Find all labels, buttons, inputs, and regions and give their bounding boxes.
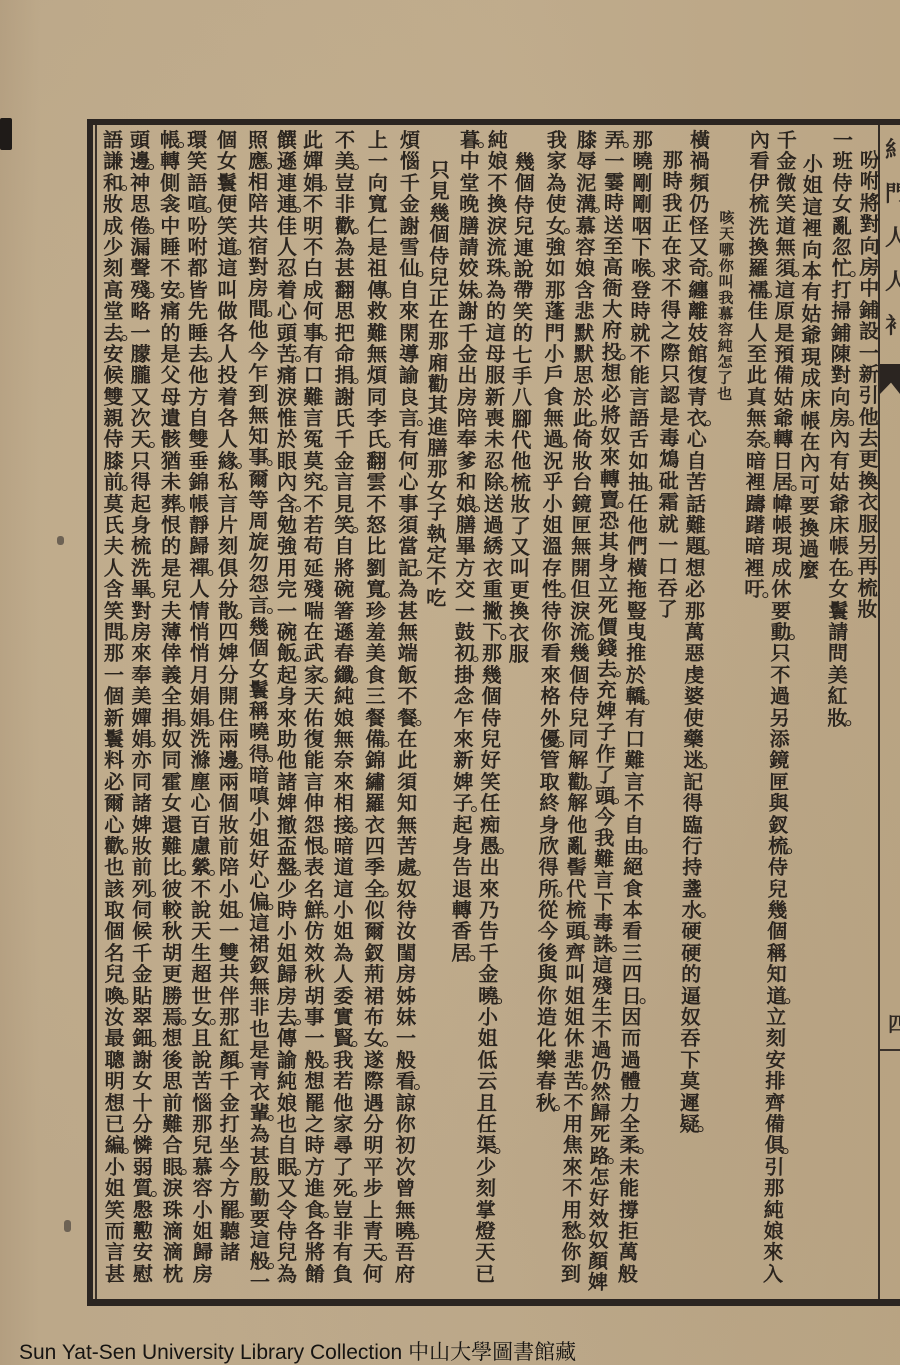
glyph: 滴 xyxy=(159,1242,187,1263)
glyph: 念 xyxy=(450,686,478,708)
glyph: 慰 xyxy=(129,1264,157,1285)
glyph: 兒 xyxy=(510,216,538,238)
glyph: 梳 xyxy=(745,194,773,216)
glyph: 此 xyxy=(393,750,421,772)
glyph: 奴 xyxy=(677,1007,705,1029)
glyph: 能 xyxy=(626,365,654,387)
glyph: 衣 xyxy=(854,492,882,514)
glyph: 雲 xyxy=(362,472,390,494)
glyph: 復 xyxy=(300,729,328,750)
glyph: 痛 xyxy=(156,301,184,322)
glyph: 現 xyxy=(797,346,825,368)
glyph: 家 xyxy=(329,1114,357,1135)
glyph: 衣 xyxy=(479,558,507,580)
glyph: 秋 xyxy=(158,921,186,942)
glyph: 佳 xyxy=(744,301,772,323)
glyph: 百 xyxy=(187,814,215,836)
glyph: 帳 xyxy=(156,130,184,151)
glyph: 成 xyxy=(299,280,327,301)
glyph: 少 xyxy=(99,237,127,258)
frame-border-top xyxy=(87,119,900,125)
glyph: 純 xyxy=(760,1199,788,1221)
page-number-glyph: 四 xyxy=(888,1004,900,1044)
glyph: 居 xyxy=(447,943,475,965)
glyph: 對 xyxy=(827,365,855,387)
glyph: 問 xyxy=(824,643,852,665)
glyph: 房 xyxy=(453,387,481,409)
glyph: 口 xyxy=(654,556,682,578)
glyph: 懃 xyxy=(129,1221,157,1242)
glyph: 三 xyxy=(361,686,389,708)
glyph: 爺 xyxy=(825,493,853,515)
glyph: 吞 xyxy=(676,1028,704,1050)
glyph: 一 xyxy=(246,1272,274,1293)
glyph: 低 xyxy=(473,1050,501,1072)
glyph: 似 xyxy=(361,900,389,922)
glyph: 那 xyxy=(681,600,709,622)
glyph: 候 xyxy=(128,921,156,942)
glyph: 難 xyxy=(158,836,186,857)
glyph: 慇 xyxy=(129,1199,157,1220)
glyph: 暗 xyxy=(330,836,358,857)
glyph: 傳 xyxy=(273,1028,301,1049)
glyph: 內 xyxy=(273,472,301,493)
glyph: 惡 xyxy=(680,643,708,665)
glyph: 想 xyxy=(681,558,709,580)
glyph: 來 xyxy=(596,447,624,469)
glyph: 格 xyxy=(536,686,564,708)
glyph: 前 xyxy=(128,857,156,878)
glyph: 內 xyxy=(796,453,824,475)
glyph: 娟 xyxy=(128,729,156,750)
glyph: 小 xyxy=(189,1199,217,1221)
glyph: 娟 xyxy=(186,686,214,708)
glyph: 夫 xyxy=(157,601,185,622)
glyph: 千 xyxy=(396,173,424,195)
glyph: 諒 xyxy=(392,1093,420,1115)
glyph: 相 xyxy=(330,793,358,814)
glyph: 甚 xyxy=(394,601,422,623)
glyph: 純 xyxy=(273,1071,301,1092)
glyph: 言 xyxy=(101,1242,129,1263)
glyph: 次 xyxy=(127,408,155,429)
glyph: 痛 xyxy=(273,365,301,386)
text-column: 吩咐將對向房中鋪設一新引他去更換衣服另再梳妝 xyxy=(854,150,884,621)
glyph: 垂 xyxy=(185,451,213,473)
glyph: 遇 xyxy=(360,1093,388,1115)
glyph: 朦 xyxy=(127,344,155,365)
glyph: 金 xyxy=(330,451,358,472)
glyph: 府 xyxy=(598,320,626,342)
glyph: 人 xyxy=(214,429,242,450)
glyph: 飯 xyxy=(394,665,422,687)
glyph: 到 xyxy=(244,384,272,405)
glyph: 謝 xyxy=(454,301,482,323)
glyph: 皆 xyxy=(184,280,212,302)
glyph: 轉 xyxy=(769,429,797,451)
glyph: 端 xyxy=(394,643,422,665)
glyph: 悄 xyxy=(186,622,214,644)
glyph: 個 xyxy=(213,130,241,151)
glyph: 過 xyxy=(587,1039,615,1061)
glyph: 倚 xyxy=(569,429,597,451)
glyph: 令 xyxy=(273,1200,301,1221)
glyph: 汝 xyxy=(101,1007,129,1028)
glyph: 頻 xyxy=(685,173,713,195)
glyph: 另 xyxy=(854,535,882,557)
glyph: 完 xyxy=(273,579,301,600)
glyph: 去 xyxy=(854,428,882,450)
glyph: 管 xyxy=(536,750,564,772)
glyph: 布 xyxy=(360,1007,388,1029)
glyph: 只 xyxy=(127,451,155,472)
glyph: 雙 xyxy=(185,429,213,451)
glyph: 各 xyxy=(301,1221,329,1242)
glyph: 說 xyxy=(188,1050,216,1072)
glyph: 鬟 xyxy=(824,600,852,622)
text-column: 內看伊梳洗換羅襦佳人至此真無奈暗裡躊躇暗裡吁 xyxy=(740,130,774,601)
glyph: 為 xyxy=(394,579,422,601)
glyph: 尋 xyxy=(329,1135,357,1156)
glyph: 餐 xyxy=(361,707,389,729)
glyph: 嬋 xyxy=(128,708,156,729)
glyph: 疑 xyxy=(675,1114,703,1136)
glyph: 重 xyxy=(479,579,507,601)
glyph: 祖 xyxy=(363,258,391,280)
glyph: 美 xyxy=(127,686,155,707)
glyph: 他 xyxy=(184,365,212,387)
glyph: 靜 xyxy=(185,515,213,537)
glyph: 何 xyxy=(395,451,423,473)
banxin-divider-line xyxy=(880,1049,900,1051)
glyph: 刻 xyxy=(214,536,242,557)
glyph: 解 xyxy=(563,793,591,815)
glyph: 開 xyxy=(214,686,242,707)
glyph: 春 xyxy=(330,643,358,664)
glyph: 你 xyxy=(392,1114,420,1136)
glyph: 好 xyxy=(245,849,273,870)
glyph: 班 xyxy=(829,151,857,173)
glyph: 衾 xyxy=(156,194,184,215)
glyph: 表 xyxy=(300,857,328,878)
glyph: 遲 xyxy=(676,1092,704,1114)
glyph: 生 xyxy=(187,943,215,965)
glyph: 天 xyxy=(187,921,215,943)
glyph: 強 xyxy=(273,536,301,557)
glyph: 轉 xyxy=(448,900,476,922)
glyph: 起 xyxy=(127,494,155,515)
glyph: 命 xyxy=(331,344,359,365)
glyph: 料 xyxy=(100,750,128,771)
glyph: 想 xyxy=(597,362,625,384)
glyph: 陪 xyxy=(453,408,481,430)
glyph: 奉 xyxy=(127,665,155,686)
glyph: 硬 xyxy=(677,921,705,943)
glyph: 悄 xyxy=(186,643,214,665)
glyph: 一 xyxy=(215,921,243,942)
glyph: 絕 xyxy=(619,857,647,879)
glyph: 只 xyxy=(426,160,454,182)
glyph: 話 xyxy=(682,493,710,515)
glyph: 自 xyxy=(620,814,648,836)
glyph: 不 xyxy=(588,1018,616,1040)
glyph: 閑 xyxy=(395,322,423,344)
glyph: 諸 xyxy=(216,1242,244,1263)
glyph: 門 xyxy=(541,322,569,344)
glyph: 不 xyxy=(558,1178,586,1200)
glyph: 子 xyxy=(423,502,451,524)
glyph: 合 xyxy=(159,1135,187,1156)
glyph: 自 xyxy=(184,408,212,430)
glyph: 姑 xyxy=(797,304,825,326)
glyph: 方 xyxy=(301,1157,329,1178)
glyph: 人 xyxy=(214,344,242,365)
glyph: 語 xyxy=(99,130,127,151)
text-column: 饌遜連連佳人忍着心頭苦痛淚惟於眼內含勉強用完一碗飯起身來助他諸婢撤盃盤少時小姐歸… xyxy=(273,130,301,1285)
glyph: 咐 xyxy=(856,171,884,193)
glyph: 超 xyxy=(187,964,215,986)
text-column: 頭邊神思倦漏聲殘略一朦朧又次天只得起身梳洗畢對房來奉美嬋娟亦同諸婢妝前列伺候千金… xyxy=(126,130,157,1285)
glyph: 妝 xyxy=(854,599,882,621)
text-column: 個女鬟便笑道這叫做各人投着各人緣私言片刻俱分散四婢分開住兩邊兩個妝前陪小姐一雙共… xyxy=(213,130,244,1264)
text-column: 一班侍女亂忽忙打掃鋪陳對向房內有姑爺床帳在女鬟請問美紅妝 xyxy=(823,130,857,729)
glyph: 笑 xyxy=(183,151,211,173)
glyph: 妝 xyxy=(99,194,127,215)
banxin-glyph: 人 xyxy=(883,260,900,304)
glyph: 緣 xyxy=(214,451,242,472)
glyph: 房 xyxy=(273,986,301,1007)
glyph: 送 xyxy=(599,214,627,236)
glyph: 明 xyxy=(360,1135,388,1157)
glyph: 輩 xyxy=(246,1103,274,1124)
glyph: 甚 xyxy=(331,258,359,279)
glyph: 廂 xyxy=(424,352,452,374)
glyph: 設 xyxy=(855,321,883,343)
glyph: 兩 xyxy=(215,729,243,750)
glyph: 自 xyxy=(273,1135,301,1156)
glyph: 逼 xyxy=(677,985,705,1007)
text-column: 那時我正在求不得之際只認是毒鴆砒霜就一口吞了 xyxy=(653,150,687,621)
glyph: 晚 xyxy=(455,194,483,216)
glyph: 未 xyxy=(157,472,185,493)
glyph: 爾 xyxy=(245,468,273,489)
glyph: 衣 xyxy=(683,408,711,430)
glyph: 刻 xyxy=(762,1028,790,1050)
glyph: 怒 xyxy=(362,515,390,537)
glyph: 云 xyxy=(473,1071,501,1093)
glyph: 小 xyxy=(799,154,827,176)
glyph: 言 xyxy=(395,408,423,430)
glyph: 妓 xyxy=(684,322,712,344)
glyph: 推 xyxy=(622,643,650,665)
frame-border-bottom xyxy=(87,1299,900,1306)
glyph: 非 xyxy=(331,194,359,215)
glyph: 謝 xyxy=(128,1050,156,1071)
glyph: 看 xyxy=(745,151,773,173)
glyph: 定 xyxy=(422,545,450,567)
glyph: 紅 xyxy=(215,1028,243,1049)
glyph: 執 xyxy=(423,524,451,546)
glyph: 殷 xyxy=(246,1167,274,1188)
glyph: 分 xyxy=(129,1114,157,1135)
glyph: 罷 xyxy=(301,1093,329,1114)
glyph: 兒 xyxy=(188,1135,216,1157)
glyph: 中 xyxy=(156,216,184,237)
glyph: 各 xyxy=(214,408,242,429)
glyph: 那 xyxy=(188,1114,216,1136)
glyph: 是 xyxy=(770,322,798,344)
glyph: 乍 xyxy=(450,707,478,729)
glyph: 何 xyxy=(299,301,327,322)
glyph: 看 xyxy=(618,921,646,943)
glyph: 姐 xyxy=(474,1028,502,1050)
glyph: 裡 xyxy=(798,218,826,240)
glyph: 有 xyxy=(621,707,649,729)
glyph: 告 xyxy=(475,921,503,943)
glyph: 眼 xyxy=(273,451,301,472)
glyph: 咳 xyxy=(713,210,741,226)
glyph: 還 xyxy=(158,814,186,835)
glyph: 天 xyxy=(713,226,741,242)
glyph: 勸 xyxy=(424,374,452,396)
frame-border-left xyxy=(87,119,93,1306)
glyph: 奉 xyxy=(453,429,481,451)
glyph: 塵 xyxy=(186,772,214,794)
glyph: 也 xyxy=(711,386,739,402)
glyph: 個 xyxy=(100,686,128,707)
text-column: 只見幾個侍兒正在那廂勸其進膳那女子執定不吃 xyxy=(422,160,454,609)
glyph: 髻 xyxy=(563,857,591,879)
glyph: 妝 xyxy=(128,836,156,857)
glyph: 平 xyxy=(359,1157,387,1179)
glyph: 過 xyxy=(766,686,794,708)
glyph: 兒 xyxy=(273,1242,301,1263)
glyph: 要 xyxy=(246,1209,274,1230)
glyph: 個 xyxy=(245,638,273,659)
glyph: 那 xyxy=(478,643,506,665)
glyph: 爾 xyxy=(100,793,128,814)
glyph: 淚 xyxy=(483,215,511,237)
glyph: 枕 xyxy=(159,1264,187,1285)
glyph: 有 xyxy=(826,451,854,473)
text-column: 帳轉側衾中睡不安痛的是父母遺骸猶未葬恨的是兒夫薄倖義全捐奴同霍女還難比彼較秋胡更… xyxy=(156,130,187,1285)
glyph: 娘 xyxy=(330,708,358,729)
glyph: 諸 xyxy=(128,793,156,814)
glyph: 胡 xyxy=(158,943,186,964)
glyph: 投 xyxy=(214,365,242,386)
glyph: 的 xyxy=(157,536,185,557)
glyph: 一 xyxy=(273,601,301,622)
glyph: 向 xyxy=(798,239,826,261)
glyph: 當 xyxy=(394,536,422,558)
glyph: 不 xyxy=(187,879,215,901)
glyph: 勿 xyxy=(245,553,273,574)
glyph: 過 xyxy=(795,539,823,561)
glyph: 世 xyxy=(187,986,215,1008)
glyph: 身 xyxy=(273,686,301,707)
glyph: 忽 xyxy=(828,237,856,259)
glyph: 自 xyxy=(330,536,358,557)
glyph: 神 xyxy=(126,173,154,194)
glyph: 道 xyxy=(772,215,800,237)
glyph: 時 xyxy=(658,171,686,193)
glyph: 在 xyxy=(393,729,421,751)
glyph: 了 xyxy=(653,599,681,621)
glyph: 且 xyxy=(473,1092,501,1114)
glyph: 鋪 xyxy=(827,322,855,344)
glyph: 無 xyxy=(330,729,358,750)
glyph: 共 xyxy=(244,215,272,236)
glyph: 不 xyxy=(331,130,359,151)
glyph: 言 xyxy=(299,408,327,429)
glyph: 此 xyxy=(743,365,771,387)
glyph: 方 xyxy=(184,387,212,409)
glyph: 骸 xyxy=(157,429,185,450)
glyph: 叫 xyxy=(712,274,740,290)
glyph: 對 xyxy=(127,601,155,622)
glyph: 床 xyxy=(797,389,825,411)
glyph: 纏 xyxy=(684,280,712,302)
glyph: 他 xyxy=(563,814,591,836)
glyph: 怨 xyxy=(245,574,273,595)
glyph: 頭 xyxy=(126,130,154,151)
glyph: 釵 xyxy=(764,814,792,836)
glyph: 純 xyxy=(330,686,358,707)
glyph: 後 xyxy=(158,1050,186,1071)
glyph: 不 xyxy=(393,686,421,708)
glyph: 膝 xyxy=(100,451,128,472)
glyph: 釵 xyxy=(360,943,388,965)
glyph: 用 xyxy=(558,1199,586,1221)
glyph: 此 xyxy=(299,130,327,151)
glyph: 爹 xyxy=(452,451,480,473)
glyph: 笑 xyxy=(330,515,358,536)
glyph: 笑 xyxy=(100,601,128,622)
glyph: 更 xyxy=(854,449,882,471)
glyph: 說 xyxy=(187,900,215,922)
glyph: 人 xyxy=(743,322,771,344)
glyph: 終 xyxy=(535,793,563,815)
glyph: 羞 xyxy=(362,622,390,644)
glyph: 霜 xyxy=(655,492,683,514)
glyph: 鏡 xyxy=(765,750,793,772)
glyph: 館 xyxy=(684,344,712,366)
glyph: 比 xyxy=(362,536,390,558)
glyph: 助 xyxy=(273,729,301,750)
glyph: 去 xyxy=(273,1007,301,1028)
glyph: 雪 xyxy=(395,237,423,259)
glyph: 能 xyxy=(615,1178,643,1200)
glyph: 不 xyxy=(300,494,328,515)
glyph: 有 xyxy=(798,282,826,304)
glyph: 相 xyxy=(244,172,272,193)
glyph: 換 xyxy=(795,517,823,539)
glyph: 諸 xyxy=(273,772,301,793)
glyph: 不 xyxy=(156,258,184,279)
glyph: 備 xyxy=(770,365,798,387)
glyph: 時 xyxy=(301,1135,329,1156)
glyph: 在 xyxy=(796,432,824,454)
glyph: 事 xyxy=(394,494,422,516)
glyph: 曉 xyxy=(245,722,273,743)
glyph: 進 xyxy=(301,1178,329,1199)
glyph: 不 xyxy=(657,278,685,300)
glyph: 非 xyxy=(329,1221,357,1242)
glyph: 心 xyxy=(245,870,273,891)
glyph: 與 xyxy=(765,793,793,815)
glyph: 胡 xyxy=(300,986,328,1007)
glyph: 兒 xyxy=(157,579,185,600)
